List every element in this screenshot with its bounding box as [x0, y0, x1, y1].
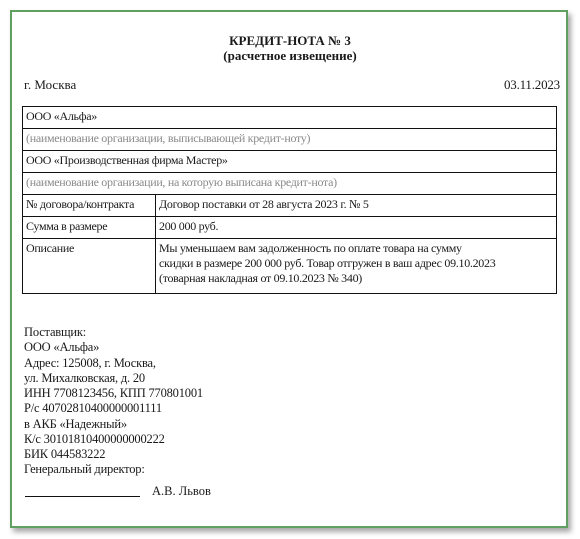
table-row: № договора/контракта Договор поставки от… — [23, 195, 557, 217]
description-line: скидки в размере 200 000 руб. Товар отгр… — [159, 256, 553, 271]
city: г. Москва — [24, 77, 76, 92]
issuer-hint: (наименование организации, выписывающей … — [23, 129, 557, 151]
signer-name: А.В. Львов — [152, 484, 211, 499]
description-value: Мы уменьшаем вам задолженность по оплате… — [156, 239, 557, 294]
amount-label: Сумма в размере — [23, 217, 156, 239]
supplier-inn-kpp: ИНН 7708123456, КПП 770801001 — [24, 386, 203, 401]
supplier-corr-account: К/с 30101810400000000222 — [24, 432, 203, 447]
supplier-bank: в АКБ «Надежный» — [24, 417, 203, 432]
description-line: Мы уменьшаем вам задолженность по оплате… — [159, 241, 553, 256]
contract-label: № договора/контракта — [23, 195, 156, 217]
supplier-address: Адрес: 125008, г. Москва, — [24, 356, 203, 371]
supplier-name: ООО «Альфа» — [24, 340, 203, 355]
director-label: Генеральный директор: — [24, 462, 145, 477]
table-row: (наименование организации, на которую вы… — [23, 173, 557, 195]
table-row: (наименование организации, выписывающей … — [23, 129, 557, 151]
description-label: Описание — [23, 239, 156, 294]
description-line: (товарная накладная от 09.10.2023 № 340) — [159, 271, 553, 286]
table-row: ООО «Производственная фирма Мастер» — [23, 151, 557, 173]
table-row: ООО «Альфа» — [23, 107, 557, 129]
supplier-account: Р/с 40702810400000001111 — [24, 401, 203, 416]
amount-value: 200 000 руб. — [156, 217, 557, 239]
issuer-name: ООО «Альфа» — [23, 107, 557, 129]
signature-line — [25, 496, 140, 497]
document-date: 03.11.2023 — [504, 77, 560, 92]
table-row: Сумма в размере 200 000 руб. — [23, 217, 557, 239]
contract-value: Договор поставки от 28 августа 2023 г. №… — [156, 195, 557, 217]
recipient-name: ООО «Производственная фирма Мастер» — [23, 151, 557, 173]
table-row: Описание Мы уменьшаем вам задолженность … — [23, 239, 557, 294]
supplier-heading: Поставщик: — [24, 325, 203, 340]
recipient-hint: (наименование организации, на которую вы… — [23, 173, 557, 195]
credit-note-table: ООО «Альфа» (наименование организации, в… — [22, 106, 557, 294]
supplier-street: ул. Михалковская, д. 20 — [24, 371, 203, 386]
document-title: КРЕДИТ-НОТА № 3 — [0, 33, 580, 48]
supplier-block: Поставщик: ООО «Альфа» Адрес: 125008, г.… — [24, 325, 203, 463]
supplier-bik: БИК 044583222 — [24, 447, 203, 462]
document-subtitle: (расчетное извещение) — [0, 48, 580, 63]
